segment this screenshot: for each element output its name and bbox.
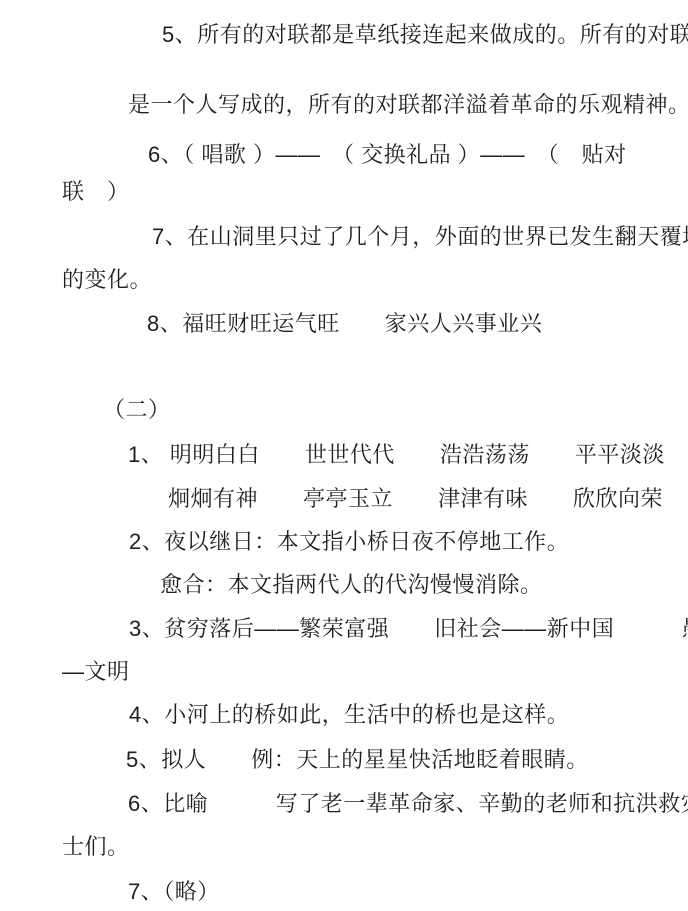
item-7-line-2: 的变化。 [62, 267, 152, 293]
s2-item-2-line-2: 愈合：本文指两代人的代沟慢慢消除。 [160, 572, 543, 598]
item-5-line-1: 5、所有的对联都是草纸接连起来做成的。所有的对联都不 [162, 22, 688, 48]
s2-item-3-line-1: 3、贫穷落后——繁荣富强 旧社会——新中国 愚昧— [129, 616, 688, 642]
s2-item-2-line-1: 2、夜以继日：本文指小桥日夜不停地工作。 [129, 529, 569, 555]
s2-item-5-line: 5、拟人 例：天上的星星快活地眨着眼睛。 [126, 747, 589, 773]
item-6-line-1: 6、（ 唱歌 ）—— （ 交换礼品 ）—— （ 贴对 [148, 142, 627, 168]
s2-item-6-line-1: 6、比喻 写了老一辈革命家、辛勤的老师和抗洪救灾的战 [128, 791, 688, 817]
s2-item-1-row-1: 1、 明明白白 世世代代 浩浩荡荡 平平淡淡 [128, 442, 665, 468]
item-6-line-2: 联 ） [62, 179, 130, 205]
s2-item-7-line: 7、（略） [128, 879, 220, 905]
worksheet-page: 5、所有的对联都是草纸接连起来做成的。所有的对联都不 是一个人写成的，所有的对联… [0, 0, 688, 911]
item-5-line-2: 是一个人写成的，所有的对联都洋溢着革命的乐观精神。 [128, 92, 688, 118]
s2-item-6-line-2: 士们。 [62, 834, 130, 860]
s2-item-4-line: 4、小河上的桥如此，生活中的桥也是这样。 [129, 702, 569, 728]
s2-item-3-line-2: —文明 [62, 659, 130, 685]
section-2-heading: （二） [103, 397, 171, 423]
item-8-line: 8、福旺财旺运气旺 家兴人兴事业兴 [147, 311, 542, 337]
item-7-line-1: 7、在山洞里只过了几个月，外面的世界已发生翻天覆地 [152, 224, 688, 250]
s2-item-1-row-2: 炯炯有神 亭亭玉立 津津有味 欣欣向荣 [168, 486, 663, 512]
